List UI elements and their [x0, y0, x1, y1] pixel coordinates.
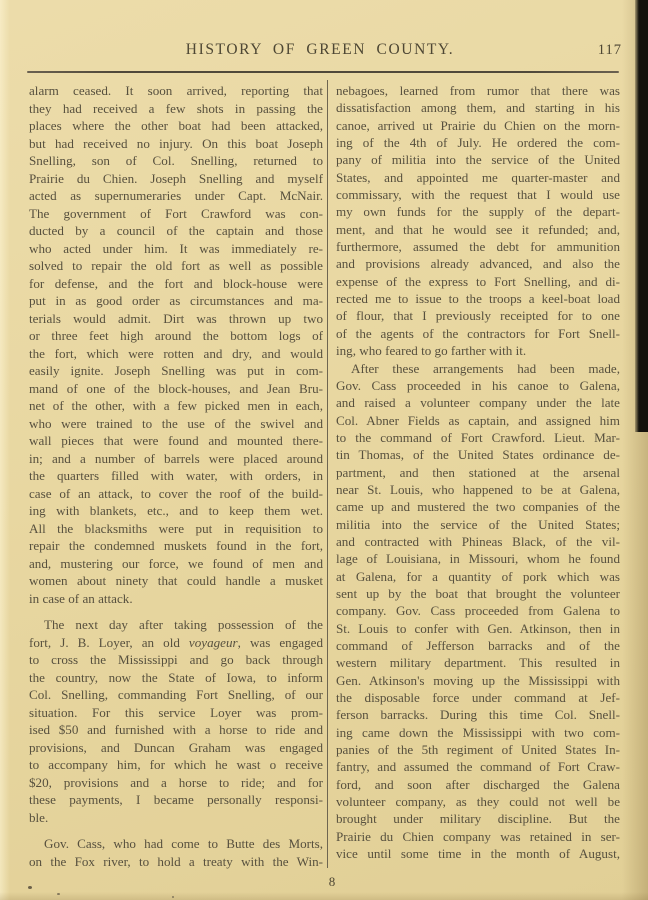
page-number: 117: [598, 42, 622, 59]
text-line: of flour, that I previously receipted fo…: [336, 307, 620, 324]
text-line: and contracted with Phineas Black, of th…: [336, 533, 620, 550]
text-line: All the blacksmiths were put in requisit…: [29, 520, 323, 538]
text-line: for defense, and the fort and block-hous…: [29, 275, 323, 293]
text-line: or three feet high around the bottom log…: [29, 327, 323, 345]
scan-speck: [57, 893, 60, 895]
scan-speck: [173, 800, 175, 802]
text-line: lage of Louisiana, in Missouri, whom he …: [336, 550, 620, 567]
text-line: in case of an attack.: [29, 590, 323, 608]
text-line: solved to repair the old fort as well as…: [29, 257, 323, 275]
text-line: at Galena, for a quantity of pork which …: [336, 568, 620, 585]
text-line: women about ninety that could handle a m…: [29, 572, 323, 590]
text-line: Gov. Cass, who had come to Butte des Mor…: [29, 835, 323, 853]
text-line: terials would admit. Dirt was thrown up …: [29, 310, 323, 328]
text-line: canoe, arrived ut Prairie du Chien on th…: [336, 117, 620, 134]
text-line: to accompany him, for which he wast o re…: [29, 756, 323, 774]
text-line: provisions, and Duncan Graham was engage…: [29, 739, 323, 757]
text-line: Snelling, son of Col. Snelling, returned…: [29, 152, 323, 170]
paragraph: After these arrangements had been made,G…: [336, 360, 620, 863]
text-line: to cross the Mississippi and go back thr…: [29, 651, 323, 669]
text-line: and provisions already advanced, and als…: [336, 255, 620, 272]
text-line: The government of Fort Crawford was con-: [29, 205, 323, 223]
text-line: dissatisfaction among them, and starting…: [336, 99, 620, 116]
text-line: easily ignite. Joseph Snelling was put i…: [29, 362, 323, 380]
text-line: they had received a few shots in passing…: [29, 100, 323, 118]
text-line: militia into the service of the United S…: [336, 516, 620, 533]
text-line: ford, and soon after discharged the Gale…: [336, 776, 620, 793]
text-line: company. Gov. Cass proceeded from Galena…: [336, 602, 620, 619]
text-line: Gen. Atkinson's moving up the Mississipp…: [336, 672, 620, 689]
text-line: tin Thomas, of the United States ordinan…: [336, 446, 620, 463]
text-line: volunteer company, as they could not wel…: [336, 793, 620, 810]
text-line: alarm ceased. It soon arrived, reporting…: [29, 82, 323, 100]
text-line: and, mustering our force, we found of me…: [29, 555, 323, 573]
text-line: acted as supernumeraries under Capt. McN…: [29, 187, 323, 205]
text-line: western military department. This result…: [336, 654, 620, 671]
text-line: my own funds for the supply of the depar…: [336, 203, 620, 220]
text-line: came up and mustered the two companies o…: [336, 498, 620, 515]
text-line: these payments, I became personally resp…: [29, 791, 323, 809]
text-line: the country, now the State of Iowa, to i…: [29, 669, 323, 687]
text-line: put in as good order as circumstances an…: [29, 292, 323, 310]
header-rule: [27, 71, 619, 73]
text-line: near St. Louis, who happened to be at Ga…: [336, 481, 620, 498]
text-line: who acted under him. It was immediately …: [29, 240, 323, 258]
text-line: sent up by the boat that brought the vol…: [336, 585, 620, 602]
text-line: net of the other, with a few picked men …: [29, 397, 323, 415]
text-line: pany of militia into the service of the …: [336, 151, 620, 168]
text-line: command of Jefferson barracks and of the: [336, 637, 620, 654]
text-line: who were trained to the use of the swive…: [29, 415, 323, 433]
text-line: expense of the express to Fort Snelling,…: [336, 273, 620, 290]
right-text-column: nebagoes, learned from rumor that there …: [336, 82, 620, 862]
text-line: nebagoes, learned from rumor that there …: [336, 82, 620, 99]
text-line: ing of the 4th of July. He ordered the c…: [336, 134, 620, 151]
text-line: Gov. Cass proceeded in his canoe to Gale…: [336, 377, 620, 394]
text-line: fantry, and assumed the command of Fort …: [336, 758, 620, 775]
text-line: mand of one of the block-houses, and Jea…: [29, 380, 323, 398]
text-line: rected me to issue to the troops a keel-…: [336, 290, 620, 307]
text-line: ised $50 and furnished with a horse to r…: [29, 721, 323, 739]
page-left-edge-highlight: [0, 0, 10, 900]
text-line: ducted by a council of the captain and t…: [29, 222, 323, 240]
text-line: to the command of Fort Crawford. Lieut. …: [336, 429, 620, 446]
text-line: partment, and then stationed at the arse…: [336, 464, 620, 481]
text-line: repair the condemned muskets found in th…: [29, 537, 323, 555]
text-line: furthermore, assumed the debt for ammuni…: [336, 238, 620, 255]
text-line: but had received no injury. On this boat…: [29, 135, 323, 153]
paragraph: The next day after taking possession of …: [29, 616, 323, 826]
text-line: St. Louis to confer with Gen. Atkinson, …: [336, 620, 620, 637]
text-line: panies of the 5th regiment of United Sta…: [336, 741, 620, 758]
scan-speck: [28, 886, 32, 889]
text-line: on the Fox river, to hold a treaty with …: [29, 853, 323, 871]
text-line: and raised a volunteer company under the…: [336, 394, 620, 411]
text-line: ing, who feared to go farther with it.: [336, 342, 620, 359]
text-line: The next day after taking possession of …: [29, 616, 323, 634]
paragraph: Gov. Cass, who had come to Butte des Mor…: [29, 835, 323, 870]
running-header-title: HISTORY OF GREEN COUNTY.: [27, 41, 613, 59]
text-line: Col. Abner Fields as captain, and assign…: [336, 412, 620, 429]
text-line: places where the other boat had been att…: [29, 117, 323, 135]
text-line: Prairie du Chien. Joseph Snelling and my…: [29, 170, 323, 188]
text-line: the fort, which were rotten and dry, and…: [29, 345, 323, 363]
text-line: ment, and that he would see it refunded;…: [336, 221, 620, 238]
book-page: HISTORY OF GREEN COUNTY. 117 alarm cease…: [0, 0, 648, 900]
text-line: States, and appointed me quarter-master …: [336, 169, 620, 186]
text-line: in; and a number of barrels were placed …: [29, 450, 323, 468]
scan-background-strip: [635, 0, 648, 432]
text-line: case of an attack, to cover the roof of …: [29, 485, 323, 503]
column-divider-rule: [327, 80, 328, 868]
text-line: situation. For this service Loyer was pr…: [29, 704, 323, 722]
text-line: ferson barracks. During this time Col. S…: [336, 706, 620, 723]
signature-mark: 8: [27, 874, 637, 890]
text-line: of the agents of the contractors for For…: [336, 325, 620, 342]
scan-speck: [172, 896, 174, 898]
text-line: wall pieces that were found and mounted …: [29, 432, 323, 450]
text-line: ing with blankets, etc., and to keep the…: [29, 502, 323, 520]
page-bottom-edge-shadow: [0, 892, 648, 900]
paragraph: alarm ceased. It soon arrived, reporting…: [29, 82, 323, 607]
text-line: commissary, with the request that I woul…: [336, 186, 620, 203]
text-line: the quarters filled with water, with ord…: [29, 467, 323, 485]
text-line: $20, provisions and a horse to ride; and…: [29, 774, 323, 792]
left-text-column: alarm ceased. It soon arrived, reporting…: [29, 82, 323, 870]
text-line: Prairie du Chien company was retained in…: [336, 828, 620, 845]
paragraph: nebagoes, learned from rumor that there …: [336, 82, 620, 360]
text-line: fort, J. B. Loyer, an old voyageur, was …: [29, 634, 323, 652]
text-line: vice until some time in the month of Aug…: [336, 845, 620, 862]
text-line: brought under military discipline. But t…: [336, 810, 620, 827]
text-line: Col. Snelling, commanding Fort Snelling,…: [29, 686, 323, 704]
text-line: the disposable force under command at Je…: [336, 689, 620, 706]
text-line: ble.: [29, 809, 323, 827]
text-line: ing came down the Mississippi with two c…: [336, 724, 620, 741]
text-line: After these arrangements had been made,: [336, 360, 620, 377]
